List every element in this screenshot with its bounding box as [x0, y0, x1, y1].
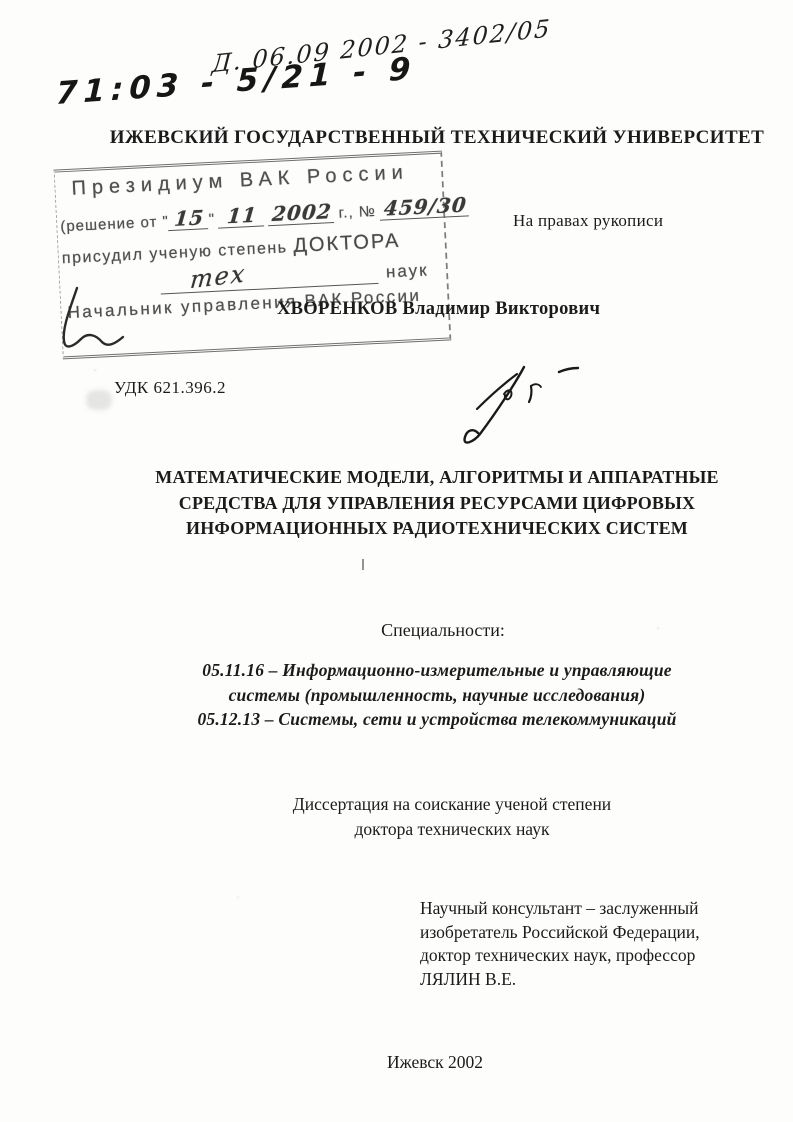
manuscript-rights-note: На правах рукописи	[513, 211, 663, 231]
specialties-list: 05.11.16 – Информационно-измерительные и…	[82, 658, 792, 732]
stamp-month-value: 11	[218, 204, 266, 228]
scan-smudge-artifact	[86, 390, 112, 410]
specialty-line-3: 05.12.13 – Системы, сети и устройства те…	[82, 707, 792, 732]
stamp-decision-number: 459/30	[380, 194, 471, 220]
specialty-line-2: системы (промышленность, научные исследо…	[82, 683, 792, 708]
stamp-decision-line: (решение от " 15 " 11 2002 г., № 459/30	[60, 194, 470, 236]
consultant-line-3: доктор технических наук, профессор	[420, 944, 700, 968]
dissertation-line-2: доктора технических наук	[97, 817, 793, 842]
scientific-consultant-block: Научный консультант – заслуженный изобре…	[420, 897, 700, 991]
consultant-line-4: ЛЯЛИН В.Е.	[420, 968, 700, 992]
title-line-1: МАТЕМАТИЧЕСКИЕ МОДЕЛИ, АЛГОРИТМЫ И АППАР…	[82, 465, 792, 491]
dissertation-title: МАТЕМАТИЧЕСКИЕ МОДЕЛИ, АЛГОРИТМЫ И АППАР…	[82, 465, 792, 542]
dissertation-line-1: Диссертация на соискание ученой степени	[97, 792, 793, 817]
university-name: ИЖЕВСКИЙ ГОСУДАРСТВЕННЫЙ ТЕХНИЧЕСКИЙ УНИ…	[82, 127, 792, 149]
specialties-heading: Специальности:	[88, 620, 793, 641]
stamp-day-value: 15	[168, 207, 210, 231]
stamp-number-label: г., №	[338, 203, 376, 222]
stamp-degree-value: ДОКТОРА	[293, 230, 401, 257]
title-line-3: ИНФОРМАЦИОННЫХ РАДИОТЕХНИЧЕСКИХ СИСТЕМ	[82, 516, 792, 542]
author-name: ХВОРЕНКОВ Владимир Викторович	[277, 299, 600, 320]
dissertation-degree-statement: Диссертация на соискание ученой степени …	[97, 792, 793, 842]
checkmark-flourish-mark	[50, 286, 150, 356]
specialty-line-1: 05.11.16 – Информационно-измерительные и…	[82, 658, 792, 683]
stamp-field-suffix: наук	[386, 260, 430, 282]
scan-stray-mark	[362, 559, 364, 570]
consultant-line-2: изобретатель Российской Федерации,	[420, 921, 700, 945]
stamp-year-value: 2002	[268, 201, 336, 226]
stamp-decision-prefix: (решение от "	[60, 213, 169, 235]
title-line-2: СРЕДСТВА ДЛЯ УПРАВЛЕНИЯ РЕСУРСАМИ ЦИФРОВ…	[82, 491, 792, 517]
udk-number: УДК 621.396.2	[114, 378, 226, 398]
signature-mark	[420, 346, 585, 458]
city-year: Ижевск 2002	[80, 1052, 790, 1073]
consultant-line-1: Научный консультант – заслуженный	[420, 897, 700, 921]
stamp-org-line: Президиум ВАК России	[71, 161, 409, 200]
stamp-award-prefix: присудил ученую степень	[62, 239, 288, 267]
dissertation-title-page: Д. 06.09 2002 - 3402/05 71:03 - 5/21 - 9…	[0, 0, 793, 1122]
